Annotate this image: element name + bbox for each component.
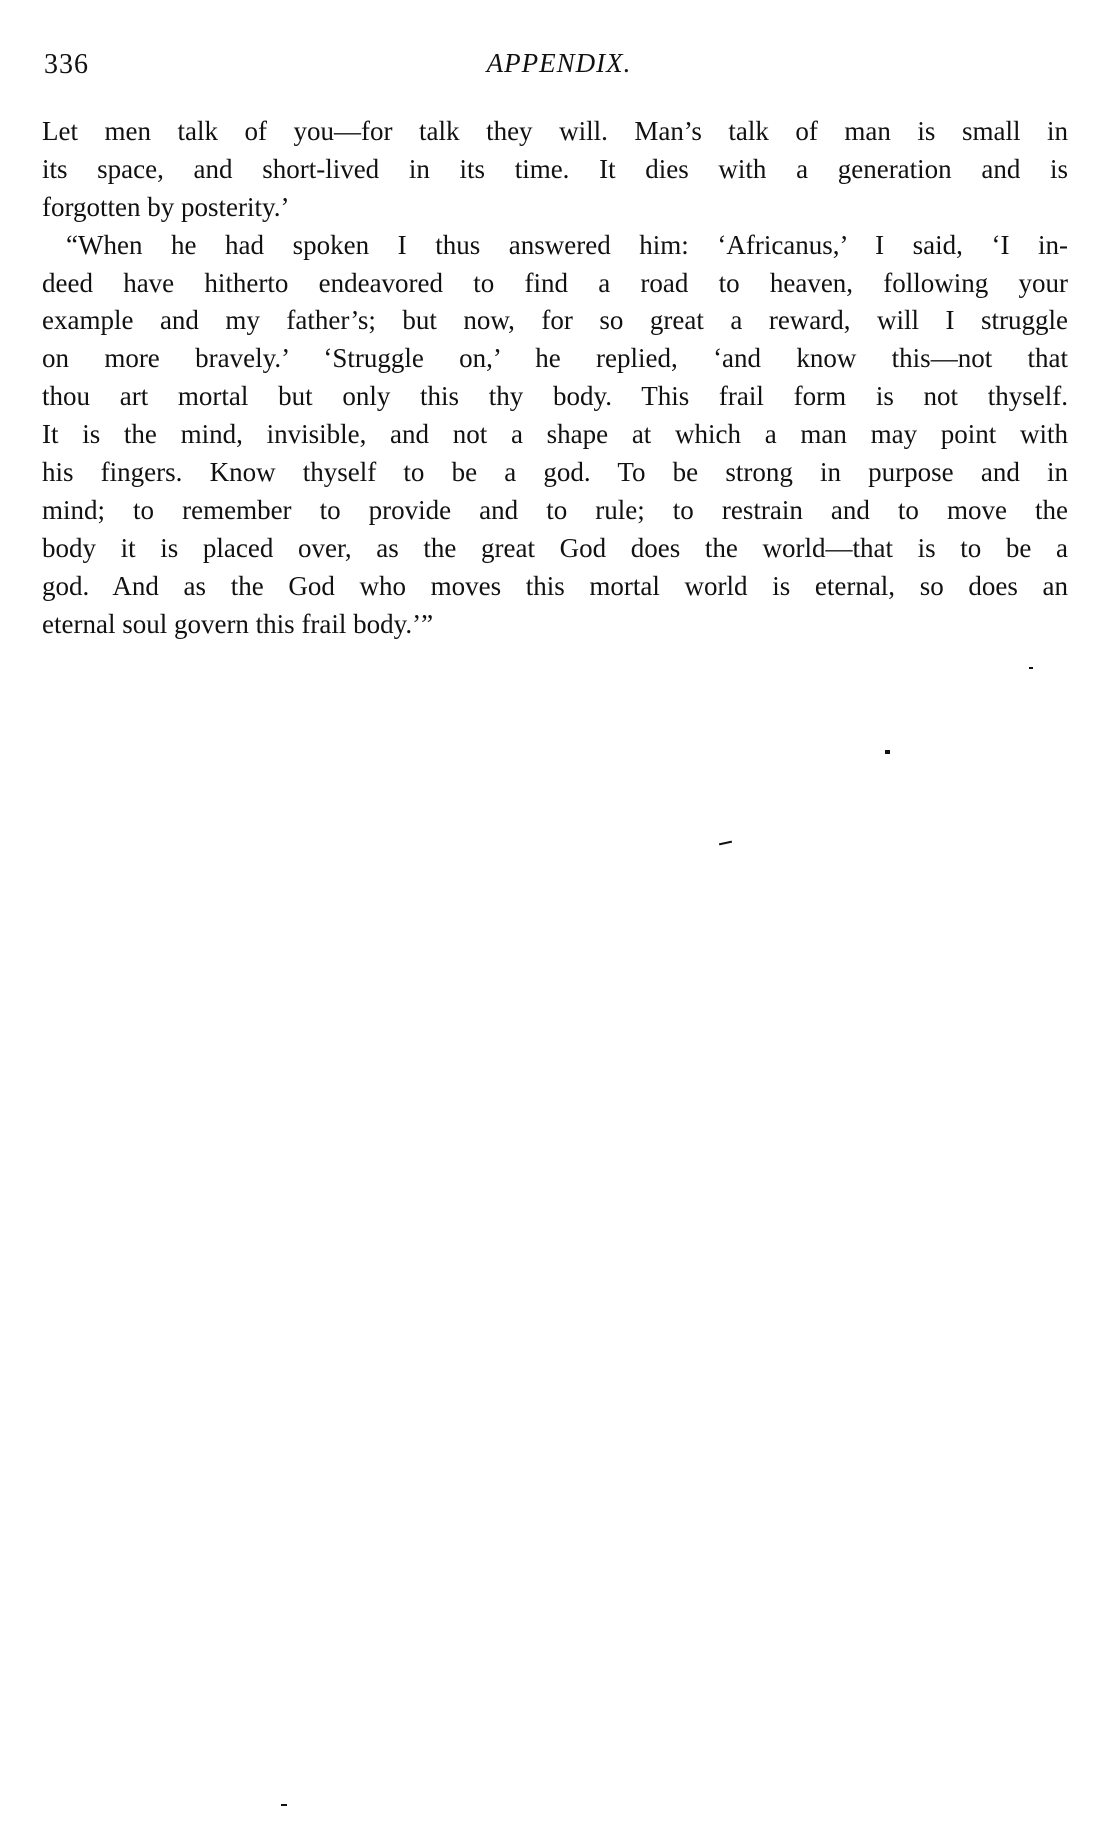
body-text: Let men talk of you—for talk they will. … [42, 113, 1068, 643]
text-line: mind; to remember to provide and to rule… [42, 492, 1068, 530]
scan-speck [719, 841, 732, 846]
text-line: Let men talk of you—for talk they will. … [42, 113, 1068, 151]
text-line: eternal soul govern this frail body.’” [42, 606, 1068, 644]
running-head: APPENDIX. [0, 48, 1118, 78]
text-line: body it is placed over, as the great God… [42, 530, 1068, 568]
text-line: his fingers. Know thyself to be a god. T… [42, 454, 1068, 492]
scan-speck [281, 1804, 287, 1806]
scan-speck [1029, 667, 1033, 669]
text-line: deed have hitherto endeavored to find a … [42, 265, 1068, 303]
text-line: its space, and short-lived in its time. … [42, 151, 1068, 189]
text-line: god. And as the God who moves this morta… [42, 568, 1068, 606]
text-line: It is the mind, invisible, and not a sha… [42, 416, 1068, 454]
text-line: example and my father’s; but now, for so… [42, 302, 1068, 340]
running-head-text: APPENDIX. [487, 48, 632, 78]
text-line: on more bravely.’ ‘Struggle on,’ he repl… [42, 340, 1068, 378]
text-line: forgotten by posterity.’ [42, 189, 1068, 227]
text-line: thou art mortal but only this thy body. … [42, 378, 1068, 416]
paragraph-start-line: “When he had spoken I thus answered him:… [42, 227, 1068, 265]
scan-speck [885, 750, 890, 754]
